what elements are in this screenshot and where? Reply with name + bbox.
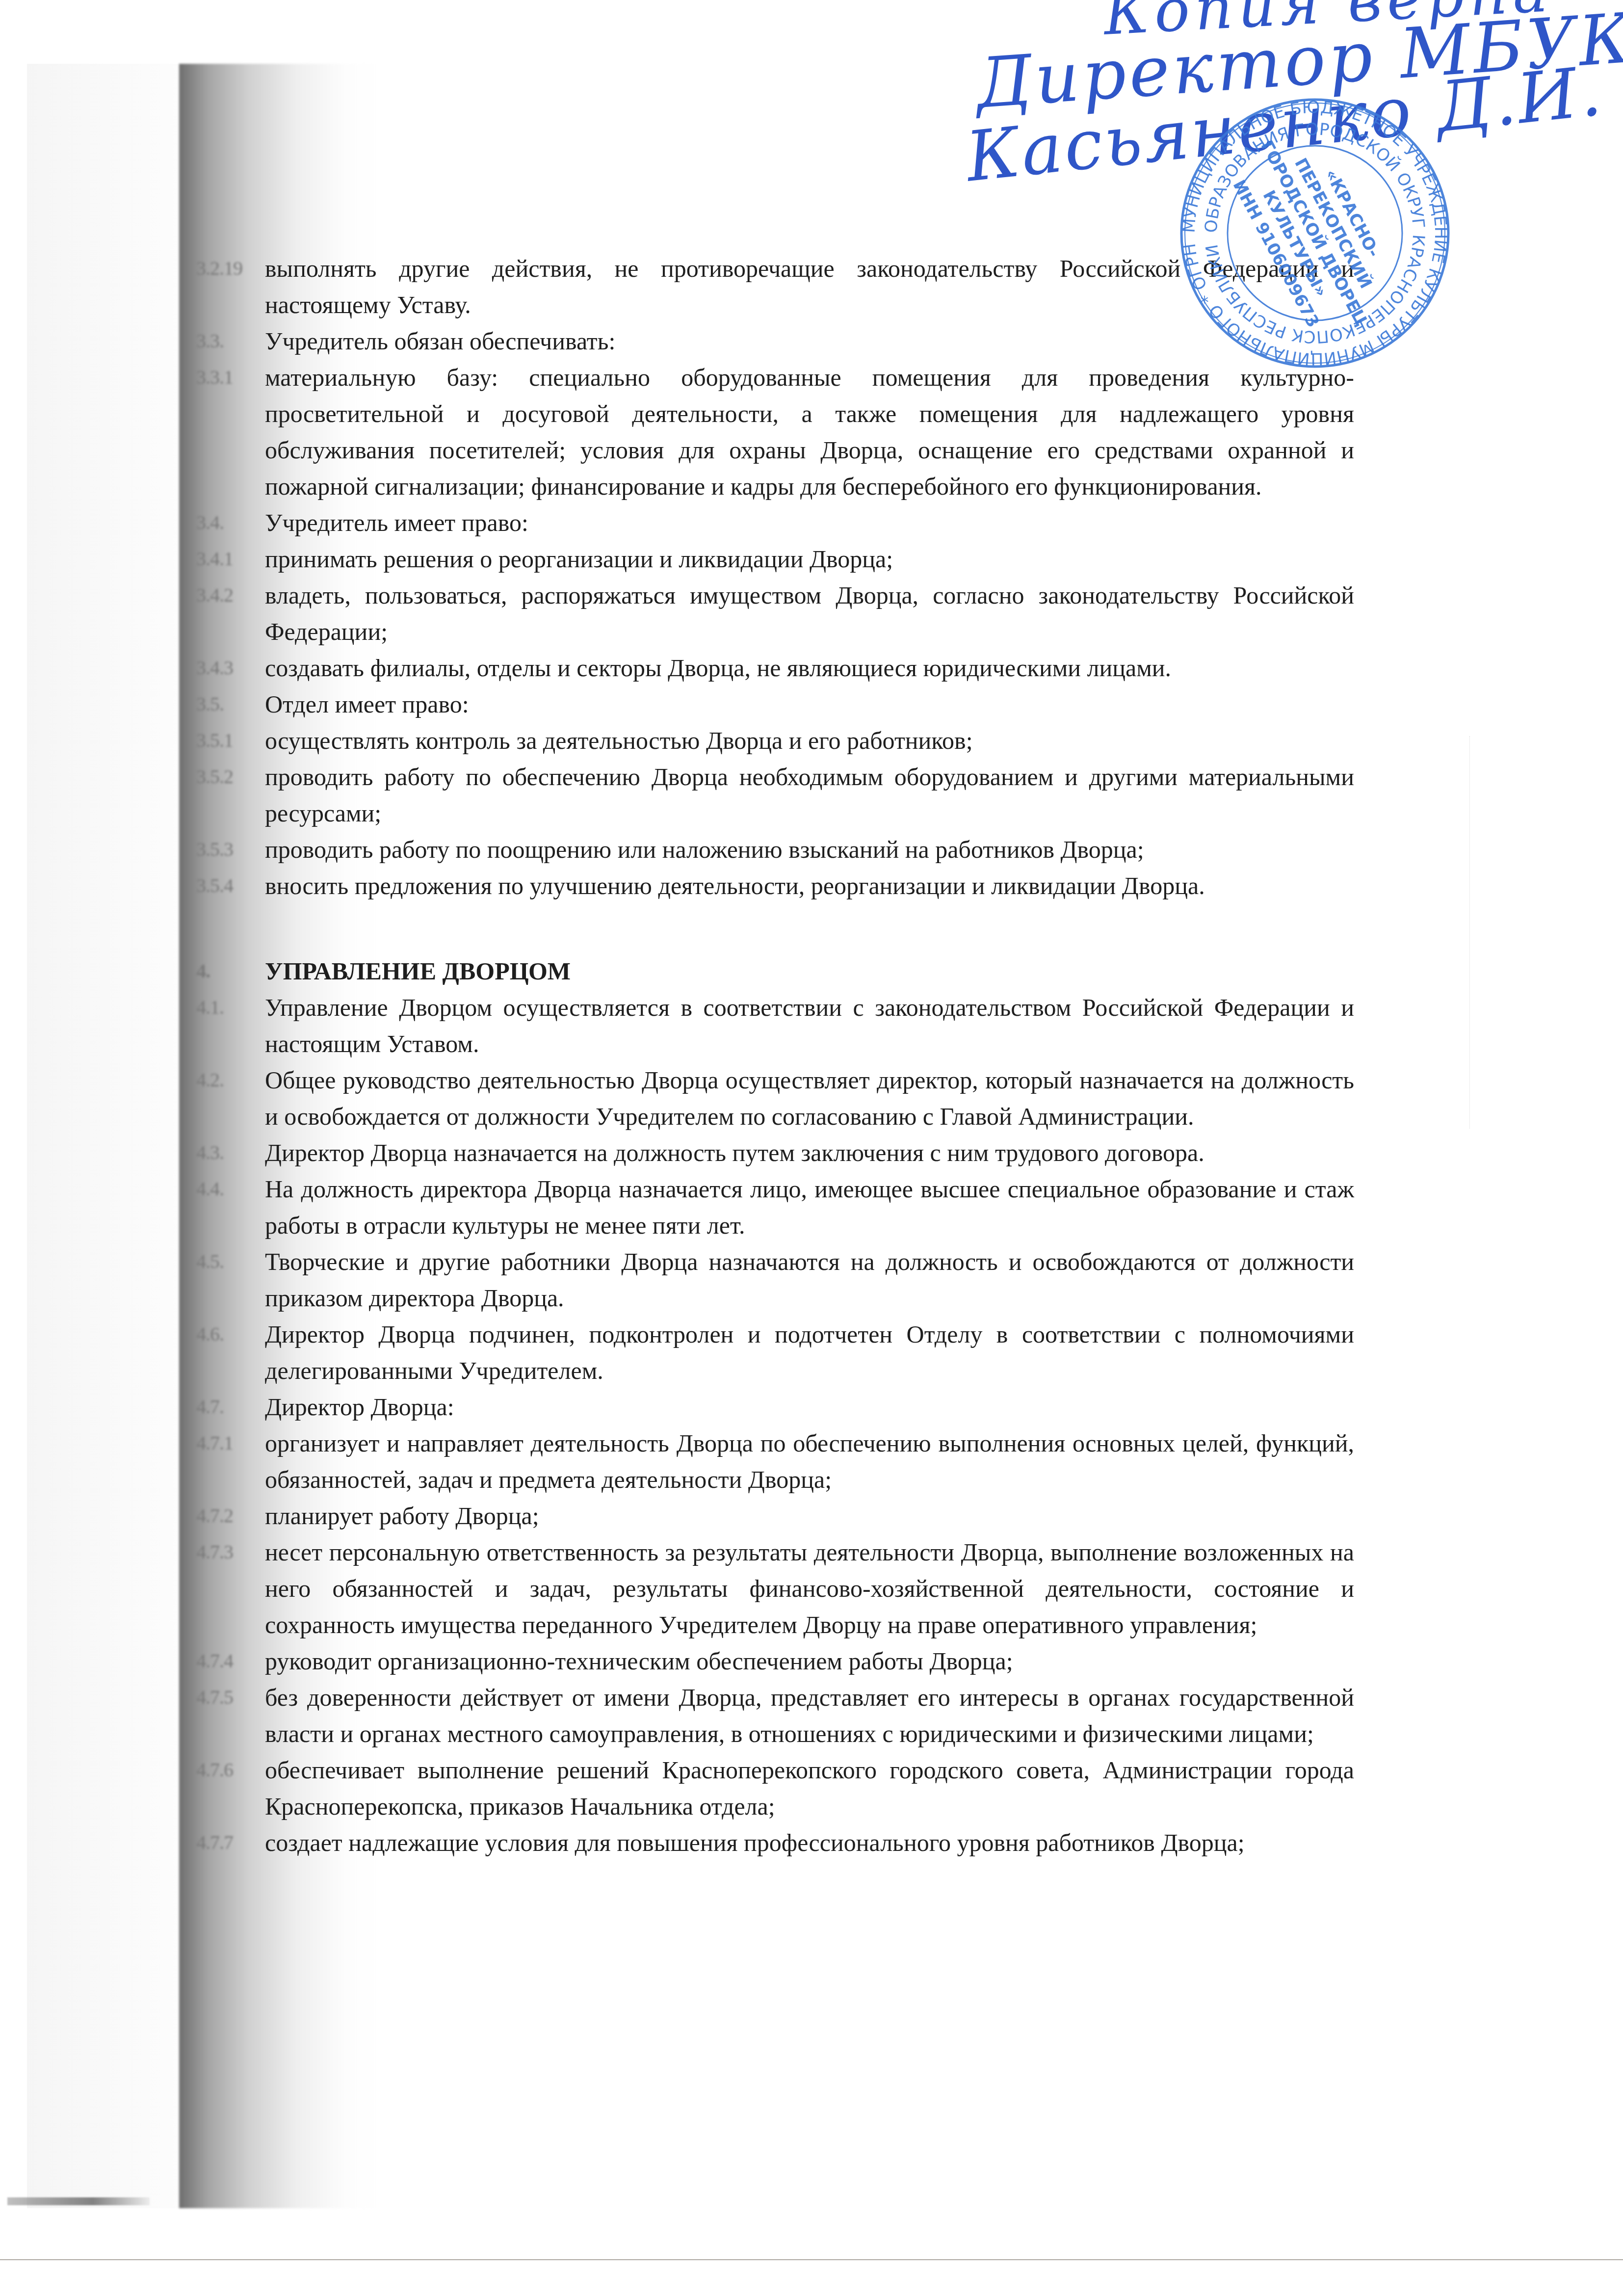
- clause-number: 4.6.: [196, 1316, 265, 1389]
- clause: 3.5.Отдел имеет право:: [196, 686, 1354, 722]
- section-heading: 4.УПРАВЛЕНИЕ ДВОРЦОМ: [196, 953, 1354, 989]
- clause-number: 3.5.4: [196, 868, 265, 904]
- clause-text: Творческие и другие работники Дворца наз…: [265, 1243, 1354, 1316]
- clause: 4.1.Управление Дворцом осуществляется в …: [196, 989, 1354, 1062]
- clause: 4.7.Директор Дворца:: [196, 1389, 1354, 1425]
- clause-text: несет персональную ответственность за ре…: [265, 1534, 1354, 1643]
- clause: 3.5.3проводить работу по поощрению или н…: [196, 831, 1354, 868]
- clause-text: организует и направляет деятельность Дво…: [265, 1425, 1354, 1498]
- clause-text: Общее руководство деятельностью Дворца о…: [265, 1062, 1354, 1135]
- clause: 3.5.4вносить предложения по улучшению де…: [196, 868, 1354, 904]
- clause-number: 4.1.: [196, 989, 265, 1062]
- clause-text: создавать филиалы, отделы и секторы Двор…: [265, 650, 1354, 686]
- clause-number: 4.5.: [196, 1243, 265, 1316]
- clause-text: проводить работу по обеспечению Дворца н…: [265, 759, 1354, 831]
- clause-number: 4.2.: [196, 1062, 265, 1135]
- clause-number: 4.7.3: [196, 1534, 265, 1643]
- official-stamp: МУНИЦИПАЛЬНОЕ БЮДЖЕТНОЕ УЧРЕЖДЕНИЕ КУЛЬТ…: [1178, 96, 1452, 370]
- document-body: 3.2.19выполнять другие действия, не прот…: [196, 250, 1354, 1861]
- clause-text: Директор Дворца назначается на должность…: [265, 1135, 1354, 1171]
- clause: 4.3.Директор Дворца назначается на должн…: [196, 1135, 1354, 1171]
- clause-number: 4.: [196, 953, 265, 989]
- clause: 3.4.Учредитель имеет право:: [196, 504, 1354, 541]
- clause: 4.2.Общее руководство деятельностью Двор…: [196, 1062, 1354, 1135]
- clause-text: Отдел имеет право:: [265, 686, 1354, 722]
- clause-number: 3.4.1: [196, 541, 265, 577]
- clause: 3.4.3создавать филиалы, отделы и секторы…: [196, 650, 1354, 686]
- scan-shadow-bottom: [7, 2197, 150, 2205]
- clause-number: 3.4.: [196, 504, 265, 541]
- section-title: УПРАВЛЕНИЕ ДВОРЦОМ: [265, 953, 1354, 989]
- clause-text: осуществлять контроль за деятельностью Д…: [265, 722, 1354, 759]
- clause-number: 3.5.3: [196, 831, 265, 868]
- clause-number: 4.7.5: [196, 1679, 265, 1752]
- clause: 3.5.2проводить работу по обеспечению Дво…: [196, 759, 1354, 831]
- clause-number: 4.3.: [196, 1135, 265, 1171]
- clause-text: На должность директора Дворца назначаетс…: [265, 1171, 1354, 1243]
- clause: 4.7.2планирует работу Дворца;: [196, 1498, 1354, 1534]
- clause-number: 3.5.2: [196, 759, 265, 831]
- clause-number: 4.7.4: [196, 1643, 265, 1679]
- clause-text: Управление Дворцом осуществляется в соот…: [265, 989, 1354, 1062]
- scan-shadow-faint: [27, 64, 179, 2208]
- clause: 4.7.5без доверенности действует от имени…: [196, 1679, 1354, 1752]
- clause-number: 3.2.19: [196, 250, 265, 323]
- clause-number: 3.3.1: [196, 359, 265, 504]
- clause-text: проводить работу по поощрению или наложе…: [265, 831, 1354, 868]
- clause: 3.4.1принимать решения о реорганизации и…: [196, 541, 1354, 577]
- clause-text: создает надлежащие условия для повышения…: [265, 1824, 1354, 1861]
- clause-text: Директор Дворца подчинен, подконтролен и…: [265, 1316, 1354, 1389]
- clause: 4.7.7создает надлежащие условия для повы…: [196, 1824, 1354, 1861]
- clause-number: 3.5.: [196, 686, 265, 722]
- scan-artifact-line: [1469, 736, 1470, 1129]
- clause: 3.4.2владеть, пользоваться, распоряжатьс…: [196, 577, 1354, 650]
- page-edge-line: [0, 2259, 1623, 2260]
- clause: 4.7.4руководит организационно-технически…: [196, 1643, 1354, 1679]
- clause-number: 4.4.: [196, 1171, 265, 1243]
- clause-text: Учредитель имеет право:: [265, 504, 1354, 541]
- clause: 4.7.3несет персональную ответственность …: [196, 1534, 1354, 1643]
- clause-text: вносить предложения по улучшению деятель…: [265, 868, 1354, 904]
- clause-number: 3.3.: [196, 323, 265, 359]
- clause: 3.3.1материальную базу: специально обору…: [196, 359, 1354, 504]
- clause: 4.6.Директор Дворца подчинен, подконтрол…: [196, 1316, 1354, 1389]
- clause-text: руководит организационно-техническим обе…: [265, 1643, 1354, 1679]
- clause-number: 4.7.7: [196, 1824, 265, 1861]
- clause-number: 4.7.6: [196, 1752, 265, 1824]
- clause-text: без доверенности действует от имени Двор…: [265, 1679, 1354, 1752]
- stamp-seal-icon: МУНИЦИПАЛЬНОЕ БЮДЖЕТНОЕ УЧРЕЖДЕНИЕ КУЛЬТ…: [1178, 96, 1452, 370]
- clause-number: 3.5.1: [196, 722, 265, 759]
- clause-number: 3.4.2: [196, 577, 265, 650]
- clause-number: 3.4.3: [196, 650, 265, 686]
- clause: 4.4.На должность директора Дворца назнач…: [196, 1171, 1354, 1243]
- clause: 4.7.1организует и направляет деятельност…: [196, 1425, 1354, 1498]
- clause-text: принимать решения о реорганизации и ликв…: [265, 541, 1354, 577]
- clause: 4.5.Творческие и другие работники Дворца…: [196, 1243, 1354, 1316]
- clause: 4.7.6обеспечивает выполнение решений Кра…: [196, 1752, 1354, 1824]
- clause-text: Директор Дворца:: [265, 1389, 1354, 1425]
- clause-number: 4.7.1: [196, 1425, 265, 1498]
- clause-number: 4.7.2: [196, 1498, 265, 1534]
- clause-number: 4.7.: [196, 1389, 265, 1425]
- clause-text: владеть, пользоваться, распоряжаться иму…: [265, 577, 1354, 650]
- clause-text: планирует работу Дворца;: [265, 1498, 1354, 1534]
- clause-text: обеспечивает выполнение решений Краснопе…: [265, 1752, 1354, 1824]
- clause: 3.5.1осуществлять контроль за деятельнос…: [196, 722, 1354, 759]
- clause-text: материальную базу: специально оборудован…: [265, 359, 1354, 504]
